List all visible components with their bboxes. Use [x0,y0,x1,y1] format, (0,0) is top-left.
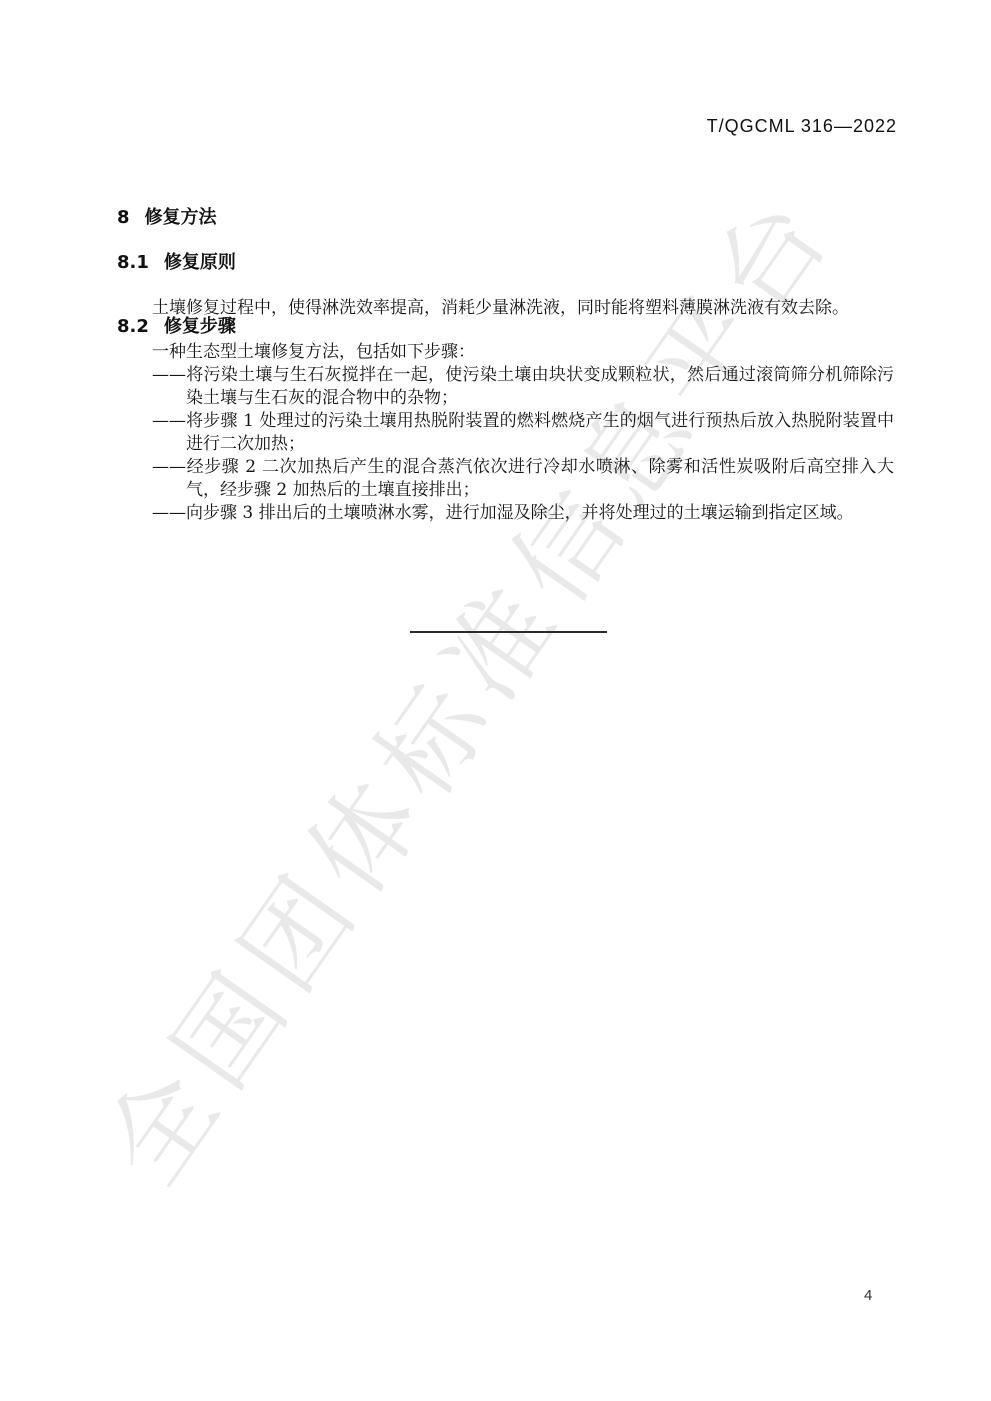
end-of-text-divider [410,631,607,633]
section-8-2-steps: 一种生态型土壤修复方法，包括如下步骤： ——将污染土壤与生石灰搅拌在一起，使污染… [152,341,894,525]
section-8-1-title: 修复原则 [164,248,236,274]
section-8-2-heading: 8.2修复步骤 [117,312,236,338]
section-8-2-number: 8.2 [117,316,149,337]
section-8-1-number: 8.1 [117,252,149,273]
step-item-2: ——将步骤 1 处理过的污染土壤用热脱附装置的燃料燃烧产生的烟气进行预热后放入热… [152,410,894,456]
section-8-1-paragraph: 土壤修复过程中，使得淋洗效率提高，消耗少量淋洗液，同时能将塑料薄膜淋洗液有效去除… [152,297,894,320]
section-8-1-heading: 8.1修复原则 [117,248,236,274]
section-8-number: 8 [117,207,130,228]
section-8-2-title: 修复步骤 [164,312,236,338]
page-number: 4 [864,1287,872,1304]
steps-intro: 一种生态型土壤修复方法，包括如下步骤： [152,341,894,364]
step-item-3: ——经步骤 2 二次加热后产生的混合蒸汽依次进行冷却水喷淋、除雾和活性炭吸附后高… [152,456,894,502]
standard-code-header: T/QGCML 316—2022 [707,116,897,137]
step-item-4: ——向步骤 3 排出后的土壤喷淋水雾，进行加湿及除尘，并将处理过的土壤运输到指定… [152,502,894,525]
document-page: 全国团体标准信息平台 T/QGCML 316—2022 8修复方法 8.1修复原… [0,0,991,1401]
section-8-title: 修复方法 [145,203,217,229]
section-8-heading: 8修复方法 [117,203,217,229]
step-item-1: ——将污染土壤与生石灰搅拌在一起，使污染土壤由块状变成颗粒状，然后通过滚筒筛分机… [152,364,894,410]
